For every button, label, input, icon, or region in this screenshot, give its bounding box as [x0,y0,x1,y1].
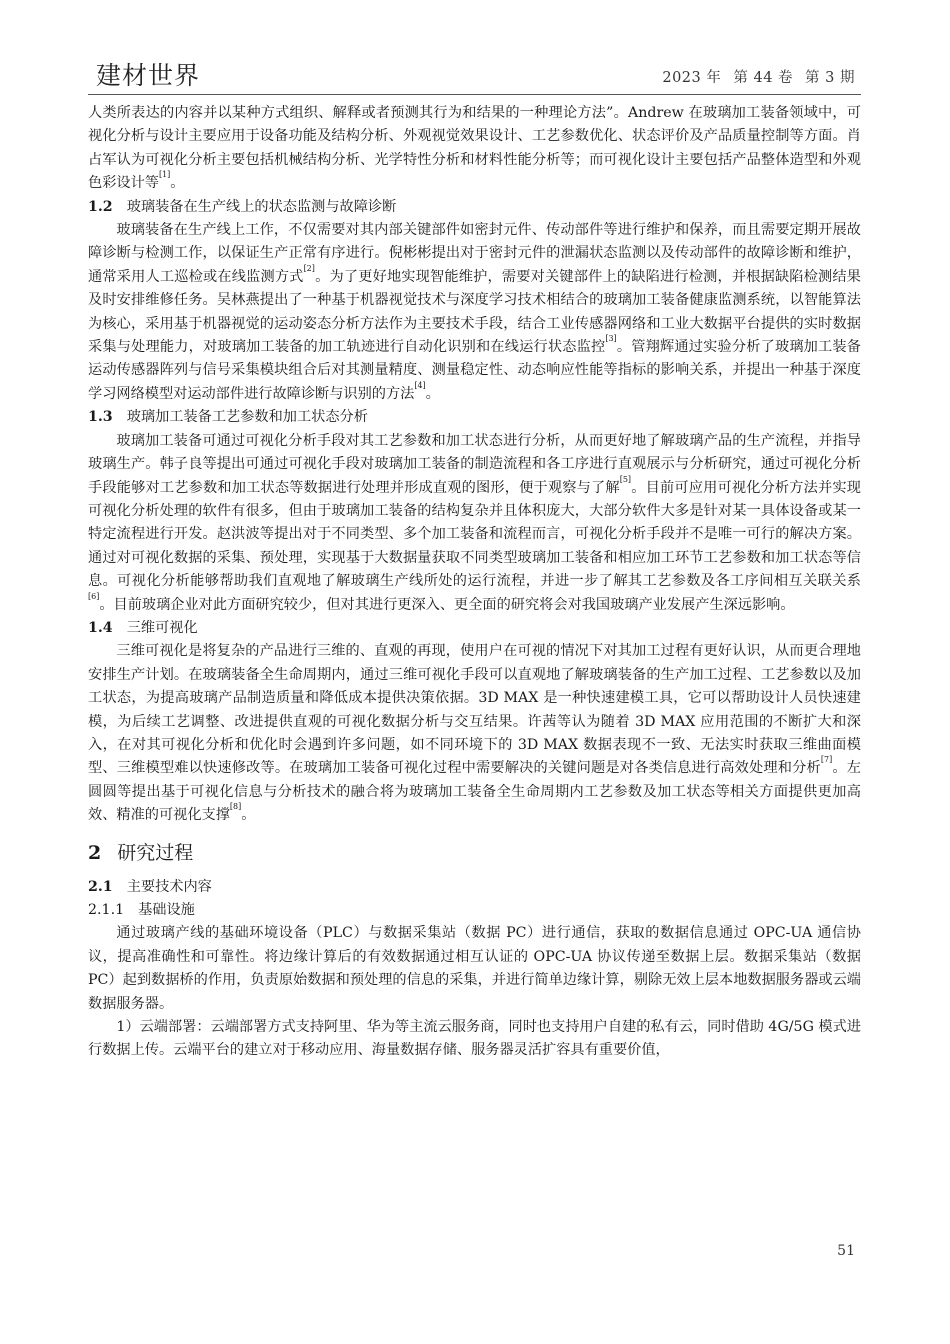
section-heading-1-4: 1.4三维可视化 [88,617,861,640]
paragraph: 玻璃装备在生产线上工作，不仅需要对其内部关键部件如密封元件、传动部件等进行维护和… [88,219,861,406]
article-body: 人类所表达的内容并以某种方式组织、解释或者预测其行为和结果的一种理论方法”。An… [88,102,861,1063]
journal-title: 建材世界 [96,56,200,92]
citation: [7] [821,755,832,764]
citation: [4] [414,381,425,390]
citation: [5] [620,475,631,484]
issue-year: 2023 年 [662,70,721,86]
paragraph: 人类所表达的内容并以某种方式组织、解释或者预测其行为和结果的一种理论方法”。An… [88,102,861,196]
citation: [1] [159,170,170,179]
issue-number: 第 3 期 [805,70,855,86]
citation: [8] [230,802,241,811]
citation: [2] [304,264,315,273]
issue-volume: 第 44 卷 [733,70,793,86]
paragraph: 玻璃加工装备可通过可视化分析手段对其工艺参数和加工状态进行分析，从而更好地了解玻… [88,430,861,617]
section-heading-1-2: 1.2玻璃装备在生产线上的状态监测与故障诊断 [88,196,861,219]
citation: [6] [88,592,99,601]
section-heading-2: 2研究过程 [88,840,861,866]
section-heading-1-3: 1.3玻璃加工装备工艺参数和加工状态分析 [88,406,861,429]
page-number: 51 [837,1243,855,1259]
citation: [3] [605,334,616,343]
section-heading-2-1-1: 2.1.1基础设施 [88,899,861,922]
section-heading-2-1: 2.1主要技术内容 [88,876,861,899]
paragraph: 通过玻璃产线的基础环境设备（PLC）与数据采集站（数据 PC）进行通信，获取的数… [88,922,861,1016]
issue-info: 2023 年第 44 卷第 3 期 [650,66,855,87]
running-header: 建材世界 2023 年第 44 卷第 3 期 [88,52,861,95]
paragraph: 1）云端部署：云端部署方式支持阿里、华为等主流云服务商，同时也支持用户自建的私有… [88,1016,861,1063]
paragraph: 三维可视化是将复杂的产品进行三维的、直观的再现，使用户在可视的情况下对其加工过程… [88,640,861,827]
